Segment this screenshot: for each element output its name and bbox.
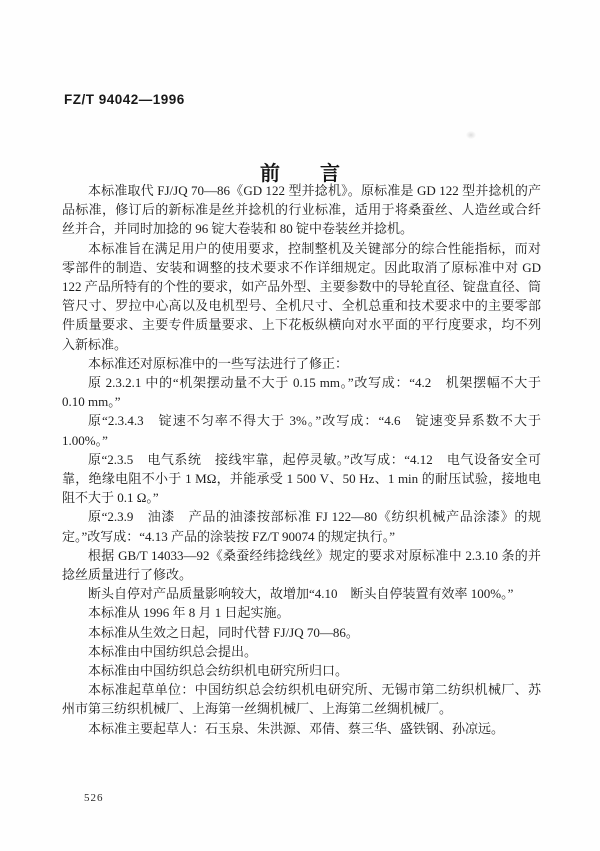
page-number: 526	[84, 792, 104, 804]
paragraph: 本标准起草单位：中国纺织总会纺织机电研究所、无锡市第二纺织机械厂、苏州市第三纺织…	[62, 680, 541, 718]
paragraph: 原 2.3.2.1 中的“机架摆动量不大于 0.15 mm。”改写成：“4.2 …	[62, 373, 541, 411]
paragraph: 原“2.3.5 电气系统 接线牢靠，起停灵敏。”改写成：“4.12 电气设备安全…	[62, 450, 541, 508]
paragraph: 原“2.3.4.3 锭速不匀率不得大于 3%。”改写成：“4.6 锭速变异系数不…	[62, 411, 541, 449]
document-body: 本标准取代 FJ/JQ 70—86《GD 122 型并捻机》。原标准是 GD 1…	[62, 181, 541, 738]
scan-artifact	[466, 131, 476, 139]
paragraph: 原“2.3.9 油漆 产品的油漆按部标准 FJ 122—80《纺织机械产品涂漆》…	[62, 507, 541, 545]
paragraph: 本标准取代 FJ/JQ 70—86《GD 122 型并捻机》。原标准是 GD 1…	[62, 181, 541, 239]
paragraph: 本标准主要起草人：石玉泉、朱洪源、邓倩、蔡三华、盛铁钢、孙凉远。	[62, 719, 541, 738]
paragraph: 断头自停对产品质量影响较大，故增加“4.10 断头自停装置有效率 100%。”	[62, 584, 541, 603]
paragraph: 本标准从 1996 年 8 月 1 日起实施。	[62, 603, 541, 622]
paragraph: 根据 GB/T 14033—92《桑蚕经纬捻线丝》规定的要求对原标准中 2.3.…	[62, 546, 541, 584]
standard-number: FZ/T 94042—1996	[64, 92, 185, 107]
paragraph: 本标准旨在满足用户的使用要求，控制整机及关键部分的综合性能指标，而对零部件的制造…	[62, 239, 541, 354]
document-page: FZ/T 94042—1996 前 言 本标准取代 FJ/JQ 70—86《GD…	[0, 0, 600, 851]
paragraph: 本标准由中国纺织总会提出。	[62, 642, 541, 661]
paragraph: 本标准由中国纺织总会纺织机电研究所归口。	[62, 661, 541, 680]
paragraph: 本标准从生效之日起，同时代替 FJ/JQ 70—86。	[62, 623, 541, 642]
paragraph: 本标准还对原标准中的一些写法进行了修正：	[62, 354, 541, 373]
